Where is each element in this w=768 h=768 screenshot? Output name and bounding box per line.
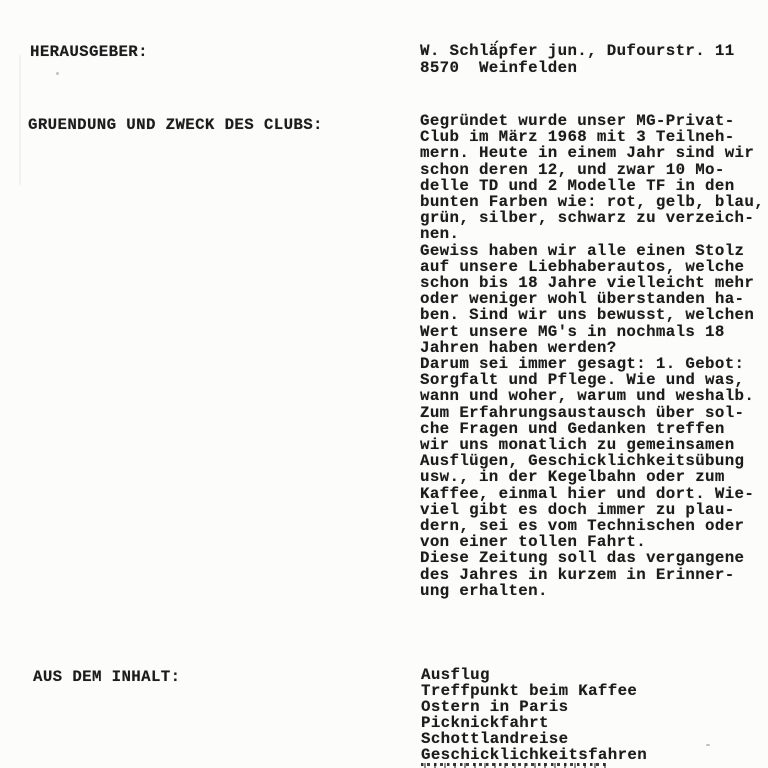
section-label-herausgeber: HERAUSGEBER: [30, 44, 148, 60]
club-history-paragraph: Gegründet wurde unser MG-Privat- Club im… [420, 113, 764, 599]
scan-speck [706, 744, 710, 746]
section-label-inhalt: AUS DEM INHALT: [33, 669, 180, 685]
scanned-typewritten-page: { "document": { "kind": "typewritten new… [0, 0, 768, 768]
publisher-address-block: W. Schlä́pfer jun., Dufourstr. 11 8570 W… [420, 43, 735, 77]
clipped-text-line [421, 763, 609, 768]
section-label-gruendung: GRUENDUNG UND ZWECK DES CLUBS: [28, 117, 323, 133]
scan-streak [19, 55, 21, 185]
contents-list: Ausflug Treffpunkt beim Kaffee Ostern in… [421, 667, 647, 763]
scan-speck [56, 72, 59, 75]
